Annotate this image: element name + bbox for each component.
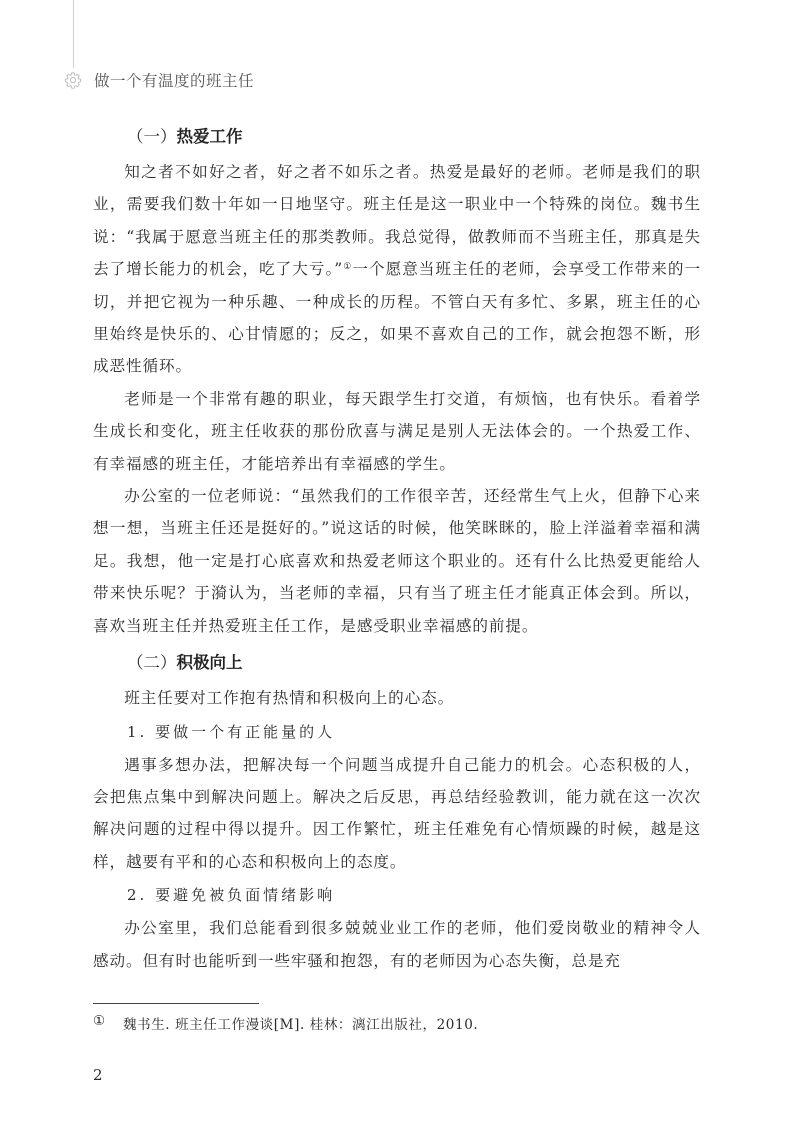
footnote-ref[interactable]: ① <box>343 262 352 272</box>
section-heading-1: （一）热爱工作 <box>93 118 701 156</box>
footnote: ① 魏书生. 班主任工作漫谈[M]. 桂林：漓江出版社，2010. <box>93 1013 478 1033</box>
section-heading-2: （二）积极向上 <box>93 644 701 682</box>
gear-icon <box>64 71 82 89</box>
paragraph: 班主任要对工作抱有热情和积极向上的心态。 <box>93 682 701 714</box>
paragraph: 遇事多想办法，把解决每一个问题当成提升自己能力的机会。心态积极的人，会把焦点集中… <box>93 749 701 879</box>
footnote-rule <box>93 1003 259 1004</box>
paragraph: 老师是一个非常有趣的职业，每天跟学生打交道，有烦恼，也有快乐。看着学生成长和变化… <box>93 383 701 480</box>
paragraph: 知之者不如好之者，好之者不如乐之者。热爱是最好的老师。老师是我们的职业，需要我们… <box>93 156 701 383</box>
paragraph: 办公室里，我们总能看到很多兢兢业业工作的老师，他们爱岗敬业的精神令人感动。但有时… <box>93 912 701 977</box>
running-title: 做一个有温度的班主任 <box>94 69 254 91</box>
page-body: （一）热爱工作 知之者不如好之者，好之者不如乐之者。热爱是最好的老师。老师是我们… <box>93 118 701 977</box>
subheading-2: 2. 要避免被负面情绪影响 <box>93 878 701 912</box>
footnote-mark: ① <box>93 1013 123 1033</box>
footnote-text: 魏书生. 班主任工作漫谈[M]. 桂林：漓江出版社，2010. <box>123 1013 478 1033</box>
margin-rule <box>73 0 74 68</box>
paragraph: 办公室的一位老师说：“虽然我们的工作很辛苦，还经常生气上火，但静下心来想一想，当… <box>93 480 701 642</box>
subheading-1: 1. 要做一个有正能量的人 <box>93 715 701 749</box>
page-number: 2 <box>93 1066 103 1084</box>
running-header: 做一个有温度的班主任 <box>64 68 254 92</box>
